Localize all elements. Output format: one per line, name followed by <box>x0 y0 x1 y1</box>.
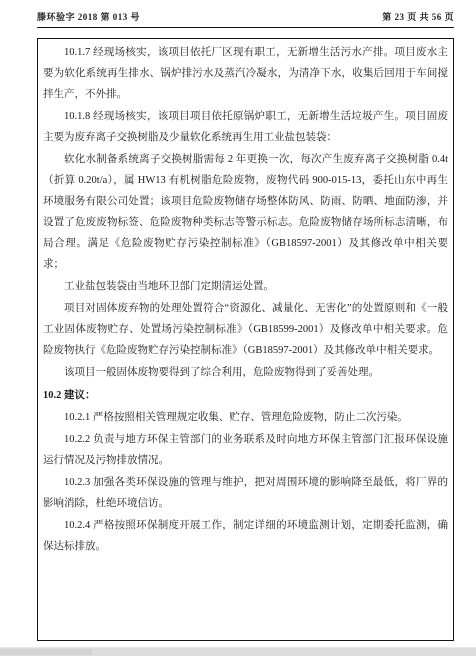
header-divider-line <box>37 27 454 28</box>
paragraph-solid-waste-standard: 项目对固体废弃物的处理处置符合“资源化、减量化、无害化”的处置原则和《一般工业固… <box>43 298 448 361</box>
page-number-indicator: 第 23 页 共 56 页 <box>382 10 454 23</box>
paragraph-10-1-8: 10.1.8 经现场核实，该项目项目依托原锅炉职工，无新增生活垃圾产生。项目固废… <box>43 106 448 148</box>
paragraph-salt-bags: 工业盐包装袋由当地环卫部门定期清运处置。 <box>43 276 448 297</box>
paragraph-10-2-3: 10.2.3 加强各类环保设施的管理与维护，把对周围环境的影响降至最低，将厂界的… <box>43 472 448 514</box>
paragraph-10-2-2: 10.2.2 负责与地方环保主管部门的业务联系及时向地方环保主管部门汇报环保设施… <box>43 429 448 471</box>
paragraph-10-2-4: 10.2.4 严格按照环保制度开展工作，制定详细的环境监测计划，定期委托监测，确… <box>43 515 448 557</box>
paragraph-10-2-1: 10.2.1 严格按照相关管理规定收集、贮存、管理危险废物，防止二次污染。 <box>43 407 448 428</box>
section-heading-10-2: 10.2 建议： <box>43 385 448 406</box>
paragraph-resin-disposal: 软化水制备系统离子交换树脂需每 2 年更换一次，每次产生废弃离子交换树脂 0.4… <box>43 149 448 275</box>
horizontal-scrollbar-thumb[interactable] <box>0 649 92 655</box>
horizontal-scrollbar[interactable] <box>0 647 476 656</box>
paragraph-waste-conclusion: 该项目一般固体废物要得到了综合利用，危险废物得到了妥善处理。 <box>43 362 448 383</box>
doc-number: 滕环验字 2018 第 013 号 <box>37 10 140 23</box>
document-page: 滕环验字 2018 第 013 号 第 23 页 共 56 页 10.1.7 经… <box>0 0 476 656</box>
page-header: 滕环验字 2018 第 013 号 第 23 页 共 56 页 <box>37 10 454 23</box>
paragraph-10-1-7: 10.1.7 经现场核实，该项目依托厂区现有职工，无新增生活污水产排。项目废水主… <box>43 42 448 105</box>
document-body-frame: 10.1.7 经现场核实，该项目依托厂区现有职工，无新增生活污水产排。项目废水主… <box>37 38 454 641</box>
